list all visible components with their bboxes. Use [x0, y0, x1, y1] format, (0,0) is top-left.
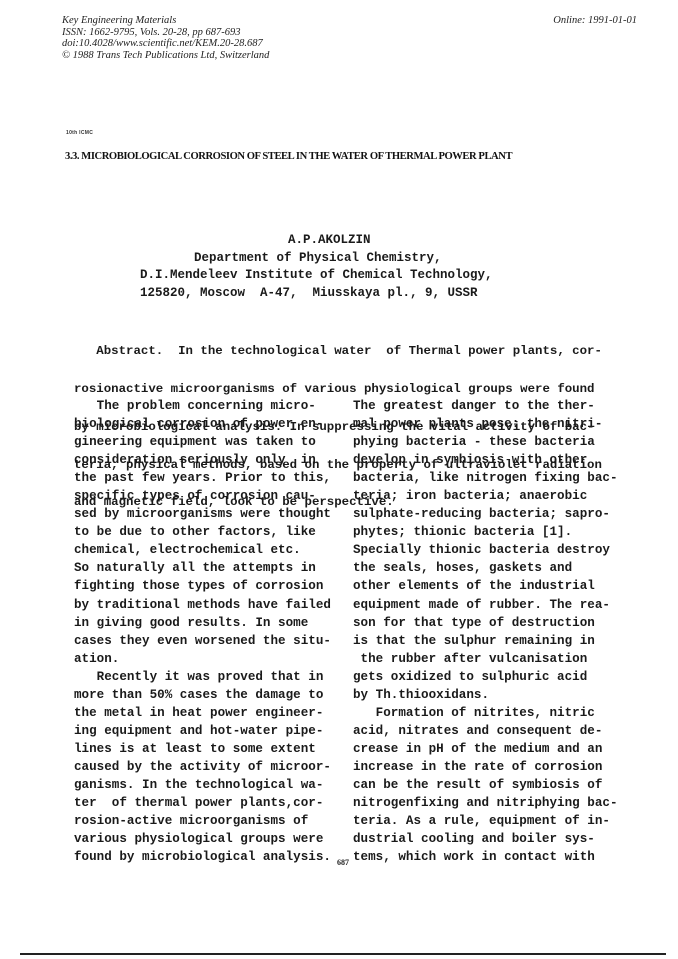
author-block: A.P.AKOLZIN Department of Physical Chemi…	[0, 232, 678, 320]
body-line: can be the result of symbiosis of	[353, 776, 618, 794]
body-line: other elements of the industrial	[353, 577, 618, 595]
page-number: 687	[337, 858, 349, 867]
body-line: teria; iron bacteria; anaerobic	[353, 487, 618, 505]
body-line: biological corrosion of power en-	[74, 415, 331, 433]
body-line: sed by microorganisms were thought	[74, 505, 331, 523]
body-line: fighting those types of corrosion	[74, 577, 331, 595]
copyright-line: © 1988 Trans Tech Publications Ltd, Swit…	[62, 50, 269, 62]
body-right-column: The greatest danger to the ther-mal powe…	[353, 397, 618, 866]
body-line: ing equipment and hot-water pipe-	[74, 722, 331, 740]
body-line: increase in the rate of corrosion	[353, 758, 618, 776]
body-line: in giving good results. In some	[74, 614, 331, 632]
body-line: cases they even worsened the situ-	[74, 632, 331, 650]
body-line: found by microbiological analysis.	[74, 848, 331, 866]
body-line: gineering equipment was taken to	[74, 433, 331, 451]
body-line: acid, nitrates and consequent de-	[353, 722, 618, 740]
body-line: more than 50% cases the damage to	[74, 686, 331, 704]
bottom-scan-edge	[20, 953, 666, 955]
body-line: So naturally all the attempts in	[74, 559, 331, 577]
online-date: Online: 1991-01-01	[553, 15, 637, 27]
institute: D.I.Mendeleev Institute of Chemical Tech…	[140, 267, 493, 285]
author-name: A.P.AKOLZIN	[288, 232, 371, 250]
body-line: ganisms. In the technological wa-	[74, 776, 331, 794]
department: Department of Physical Chemistry,	[194, 250, 442, 268]
body-line: The greatest danger to the ther-	[353, 397, 618, 415]
body-line: teria. As a rule, equipment of in-	[353, 812, 618, 830]
body-line: rosion-active microorganisms of	[74, 812, 331, 830]
running-head: 10th ICMC	[66, 130, 93, 136]
body-line: Specially thionic bacteria destroy	[353, 541, 618, 559]
body-line: by traditional methods have failed	[74, 596, 331, 614]
abstract-line: Abstract. In the technological water of …	[74, 345, 602, 358]
body-line: the metal in heat power engineer-	[74, 704, 331, 722]
issn-line: ISSN: 1662-9795, Vols. 20-28, pp 687-693	[62, 27, 269, 39]
body-line: phying bacteria - these bacteria	[353, 433, 618, 451]
body-line: the rubber after vulcanisation	[353, 650, 618, 668]
body-line: by Th.thiooxidans.	[353, 686, 618, 704]
body-line: caused by the activity of microor-	[74, 758, 331, 776]
body-line: consideration seriously only in	[74, 451, 331, 469]
body-line: gets oxidized to sulphuric acid	[353, 668, 618, 686]
body-line: tems, which work in contact with	[353, 848, 618, 866]
publication-header: Key Engineering Materials ISSN: 1662-979…	[62, 15, 269, 61]
journal-name: Key Engineering Materials	[62, 15, 269, 27]
body-line: develop in symbiosis with other	[353, 451, 618, 469]
body-line: Formation of nitrites, nitric	[353, 704, 618, 722]
body-line: equipment made of rubber. The rea-	[353, 596, 618, 614]
body-line: various physiological groups were	[74, 830, 331, 848]
body-line: ter of thermal power plants,cor-	[74, 794, 331, 812]
body-line: son for that type of destruction	[353, 614, 618, 632]
paper-title: 3.3. MICROBIOLOGICAL CORROSION OF STEEL …	[65, 151, 512, 162]
address: 125820, Moscow A-47, Miusskaya pl., 9, U…	[140, 285, 478, 303]
body-line: bacteria, like nitrogen fixing bac-	[353, 469, 618, 487]
doi-line: doi:10.4028/www.scientific.net/KEM.20-28…	[62, 38, 269, 50]
body-line: Recently it was proved that in	[74, 668, 331, 686]
abstract-line: rosionactive microorganisms of various p…	[74, 383, 602, 396]
body-line: the past few years. Prior to this,	[74, 469, 331, 487]
body-line: crease in pH of the medium and an	[353, 740, 618, 758]
body-line: nitrogenfixing and nitriphying bac-	[353, 794, 618, 812]
body-line: to be due to other factors, like	[74, 523, 331, 541]
body-line: is that the sulphur remaining in	[353, 632, 618, 650]
body-line: dustrial cooling and boiler sys-	[353, 830, 618, 848]
body-line: ation.	[74, 650, 331, 668]
body-line: mal power plants pose: the nitri-	[353, 415, 618, 433]
body-left-column: The problem concerning micro-biological …	[74, 397, 331, 866]
body-line: The problem concerning micro-	[74, 397, 331, 415]
body-line: lines is at least to some extent	[74, 740, 331, 758]
body-line: chemical, electrochemical etc.	[74, 541, 331, 559]
body-line: phytes; thionic bacteria [1].	[353, 523, 618, 541]
body-line: sulphate-reducing bacteria; sapro-	[353, 505, 618, 523]
body-line: specific types of corrosion cau-	[74, 487, 331, 505]
body-line: the seals, hoses, gaskets and	[353, 559, 618, 577]
